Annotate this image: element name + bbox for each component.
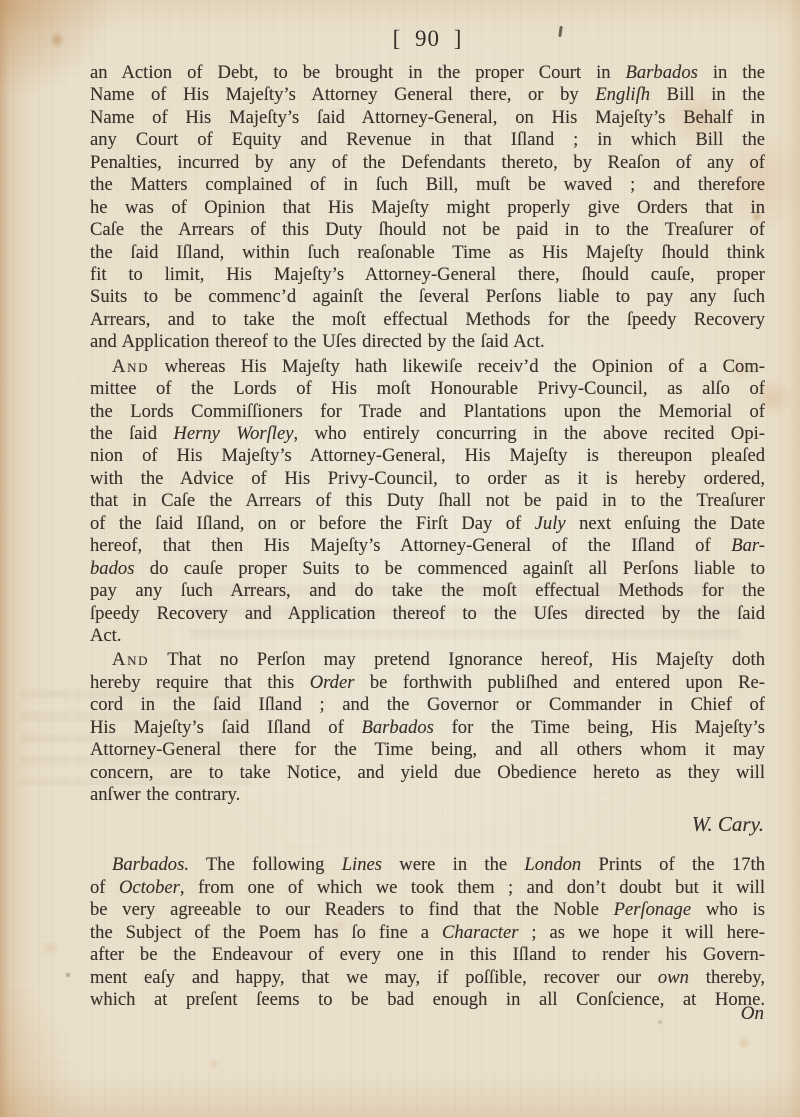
paragraph-order-in-council: And whereas His Majeſty hath likewiſe re… (90, 356, 765, 648)
text-line: the Subject of the Poem has ſo fine a Ch… (90, 922, 765, 944)
book-page-scan: [ 90 ] an Action of Debt, to be brought … (0, 0, 800, 1117)
text-line: and Application thereof to the Uſes dire… (90, 331, 765, 353)
text-line: mittee of the Lords of His moſt Honourab… (90, 378, 765, 400)
text-line: Arrears, and to take the moſt effectual … (90, 309, 765, 331)
text-line: And whereas His Majeſty hath likewiſe re… (90, 356, 765, 378)
text-line: cord in the ſaid Iſland ; and the Govern… (90, 694, 765, 716)
text-line: after be the Endeavour of every one in t… (90, 944, 765, 966)
text-line: the ſaid Iſland, within ſuch reaſonable … (90, 242, 765, 264)
text-line: the Matters complained of in ſuch Bill, … (90, 174, 765, 196)
text-line: the Lords Commiſſioners for Trade and Pl… (90, 401, 765, 423)
text-line: Name of His Majeſty’s Attorney General t… (90, 84, 765, 106)
text-line: anſwer the contrary. (90, 784, 765, 806)
paragraph-barbados-editorial: Barbados. The following Lines were in th… (90, 854, 765, 1011)
text-line: And That no Perſon may pretend Ignorance… (90, 649, 765, 671)
text-line: any Court of Equity and Revenue in that … (90, 129, 765, 151)
text-line: His Majeſty’s ſaid Iſland of Barbados fo… (90, 717, 765, 739)
text-line: with the Advice of His Privy-Council, to… (90, 468, 765, 490)
text-line: bados do cauſe proper Suits to be commen… (90, 558, 765, 580)
text-line: an Action of Debt, to be brought in the … (90, 62, 765, 84)
text-line: Suits to be commenc’d againſt the ſevera… (90, 286, 765, 308)
text-line: Name of His Majeſty’s ſaid Attorney-Gene… (90, 107, 765, 129)
document-text: an Action of Debt, to be brought in the … (90, 62, 765, 1025)
text-line: Attorney-General there for the Time bein… (90, 739, 765, 761)
paragraph-publication-order: And That no Perſon may pretend Ignorance… (90, 649, 765, 806)
text-line: hereof, that then His Majeſty’s Attorney… (90, 535, 765, 557)
paragraph-action-of-debt: an Action of Debt, to be brought in the … (90, 62, 765, 354)
text-line: Act. (90, 625, 765, 647)
text-line: fit to limit, His Majeſty’s Attorney-Gen… (90, 264, 765, 286)
text-line: pay any ſuch Arrears, and do take the mo… (90, 580, 765, 602)
text-line: the ſaid Herny Worſley, who entirely con… (90, 423, 765, 445)
text-line: ment eaſy and happy, that we may, if poſ… (90, 967, 765, 989)
text-line: be very agreeable to our Readers to find… (90, 899, 765, 921)
page-content: [ 90 ] an Action of Debt, to be brought … (0, 0, 800, 1117)
text-line: concern, are to take Notice, and yield d… (90, 762, 765, 784)
text-line: of the ſaid Iſland, on or before the Fir… (90, 513, 765, 535)
page-number: [ 90 ] (90, 24, 765, 54)
text-line: that in Caſe the Arrears of this Duty ſh… (90, 490, 765, 512)
text-line: hereby require that this Order be forthw… (90, 672, 765, 694)
text-line: nion of His Majeſty’s Attorney-General, … (90, 445, 765, 467)
text-line: ſpeedy Recovery and Application thereof … (90, 603, 765, 625)
text-line: of October, from one of which we took th… (90, 877, 765, 899)
text-line: Penalties, incurred by any of the Defend… (90, 152, 765, 174)
signature: W. Cary. (90, 812, 765, 836)
text-line: he was of Opinion that His Majeſty might… (90, 197, 765, 219)
text-line: which at preſent ſeems to be bad enough … (90, 989, 765, 1011)
text-line: Barbados. The following Lines were in th… (90, 854, 765, 876)
text-line: Caſe the Arrears of this Duty ſhould not… (90, 219, 765, 241)
